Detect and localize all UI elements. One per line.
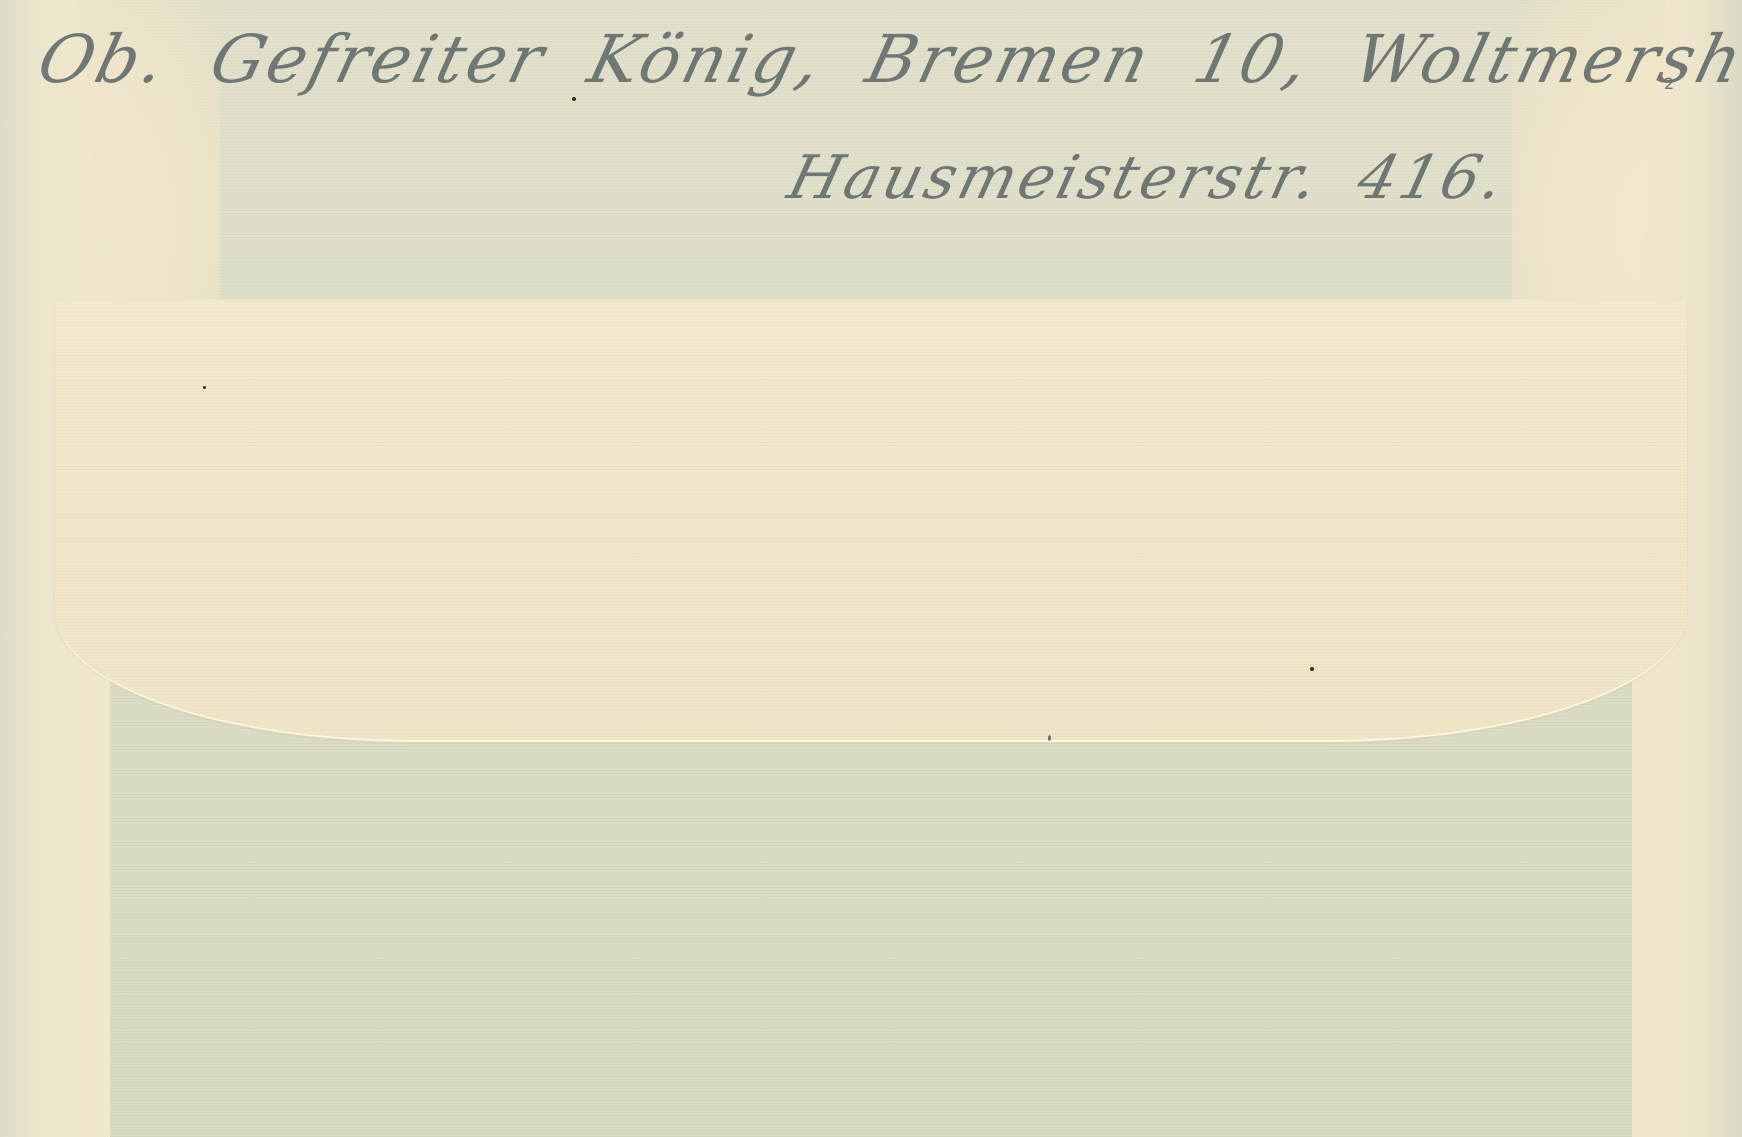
envelope-back: Ob. Gefreiter König, Bremen 10, Woltmers… <box>0 0 1742 1137</box>
ink-speck <box>203 386 206 389</box>
ink-speck <box>1310 667 1314 671</box>
sender-address-line-1: Ob. Gefreiter König, Bremen 10, Woltmers… <box>30 20 1742 100</box>
ink-speck <box>1048 735 1051 741</box>
sealing-flap <box>55 300 1687 740</box>
sender-address-mark: 2 <box>1664 74 1674 93</box>
sender-address-line-2: Hausmeisterstr. 416. <box>781 140 1515 216</box>
